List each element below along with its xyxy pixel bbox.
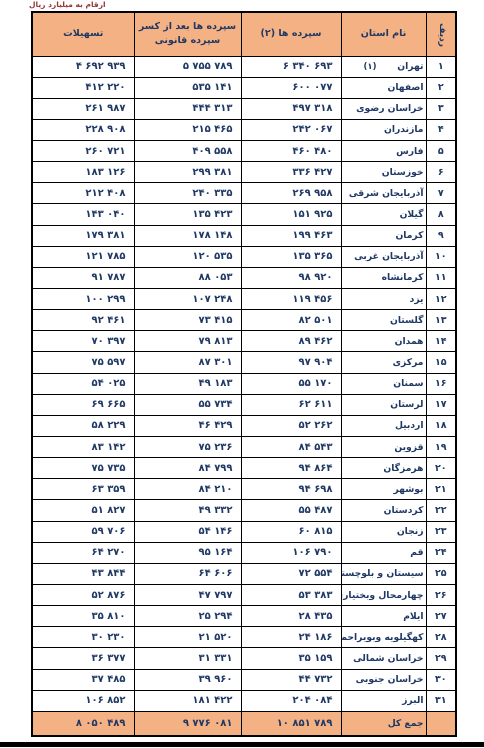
province-cell: بوشهر xyxy=(341,479,426,500)
row-number-cell: ۲۴ xyxy=(426,542,456,563)
row-number-cell: ۲۷ xyxy=(426,606,456,627)
deposits-value: ۵۳ ۳۸۳ xyxy=(241,585,341,606)
facilities-value: ۱۷۹ ۳۸۱ xyxy=(32,225,134,246)
net-deposits-value: ۸۸ ۰۵۳ xyxy=(134,267,241,288)
net-deposits-value: ۳۹ ۹۶۰ xyxy=(134,669,241,690)
province-cell: اصفهان xyxy=(341,77,426,98)
province-cell: خراسان شمالی xyxy=(341,648,426,669)
deposits-value: ۲۴ ۱۸۶ xyxy=(241,627,341,648)
province-cell: اردبیل xyxy=(341,415,426,436)
row-number-cell: ۲۹ xyxy=(426,648,456,669)
deposits-value: ۴۹۷ ۳۱۸ xyxy=(241,98,341,119)
province-name: خراسان رضوی xyxy=(356,103,423,114)
header-row-number-label: ردیف xyxy=(434,23,448,47)
deposits-value: ۲۶۹ ۹۵۸ xyxy=(241,183,341,204)
row-number-cell: ۱۳ xyxy=(426,310,456,331)
province-cell: کهگیلویه وبویراحمد xyxy=(341,627,426,648)
header-row-number: ردیف xyxy=(426,12,456,56)
net-deposits-value: ۲۴۰ ۳۳۵ xyxy=(134,183,241,204)
province-name: خوزستان xyxy=(382,167,424,178)
facilities-value: ۷۵ ۷۳۵ xyxy=(32,458,134,479)
row-number-cell: ۶ xyxy=(426,162,456,183)
province-cell: گلستان xyxy=(341,310,426,331)
facilities-value: ۴۱۲ ۲۲۰ xyxy=(32,77,134,98)
province-cell: زنجان xyxy=(341,521,426,542)
province-name: کهگیلویه وبویراحمد xyxy=(341,632,424,643)
facilities-value: ۲۲۸ ۹۰۸ xyxy=(32,119,134,140)
net-deposits-value: ۵۳۵ ۱۴۱ xyxy=(134,77,241,98)
facilities-value: ۳۷ ۴۸۵ xyxy=(32,669,134,690)
province-cell: قم xyxy=(341,542,426,563)
net-deposits-value: ۵ ۷۵۵ ۷۸۹ xyxy=(134,56,241,77)
table-row: ۱۸اردبیل۵۲ ۲۶۲۴۶ ۴۲۹۵۸ ۲۲۹ xyxy=(32,415,456,436)
row-number-cell: ۸ xyxy=(426,204,456,225)
net-deposits-value: ۷۵ ۲۳۶ xyxy=(134,437,241,458)
table-row: ۸گیلان۱۵۱ ۹۲۵۱۳۵ ۴۲۳۱۴۳ ۰۴۰ xyxy=(32,204,456,225)
deposits-value: ۲۰۴ ۰۸۴ xyxy=(241,690,341,711)
province-cell: آذربایجان شرقی xyxy=(341,183,426,204)
deposits-value: ۷۲ ۵۵۴ xyxy=(241,563,341,584)
table-row: ۲۹خراسان شمالی۳۵ ۱۵۹۳۱ ۳۳۱۳۶ ۳۷۷ xyxy=(32,648,456,669)
deposits-value: ۲۸ ۴۳۵ xyxy=(241,606,341,627)
facilities-value: ۶۴ ۲۷۰ xyxy=(32,542,134,563)
table-row: ۱۹قزوین۸۴ ۵۴۳۷۵ ۲۳۶۸۳ ۱۴۲ xyxy=(32,437,456,458)
province-cell: سیستان و بلوچستان xyxy=(341,563,426,584)
province-cell: تهران(۱) xyxy=(341,56,426,77)
facilities-value: ۱۲۱ ۷۸۵ xyxy=(32,246,134,267)
table-row: ۴مازندران۲۴۲ ۰۶۷۲۱۵ ۴۶۵۲۲۸ ۹۰۸ xyxy=(32,119,456,140)
deposits-value: ۸۹ ۴۶۲ xyxy=(241,331,341,352)
facilities-value: ۱۴۳ ۰۴۰ xyxy=(32,204,134,225)
table-row: ۲۶چهارمحال وبختیاری۵۳ ۳۸۳۴۷ ۷۹۷۵۲ ۸۷۶ xyxy=(32,585,456,606)
province-cell: خراسان جنوبی xyxy=(341,669,426,690)
net-deposits-value: ۱۸۱ ۴۲۲ xyxy=(134,690,241,711)
deposits-value: ۹۴ ۸۶۴ xyxy=(241,458,341,479)
facilities-value: ۴ ۶۹۲ ۹۳۹ xyxy=(32,56,134,77)
facilities-value: ۶۳ ۳۵۹ xyxy=(32,479,134,500)
deposits-value: ۶ ۳۴۰ ۶۹۳ xyxy=(241,56,341,77)
province-name: زنجان xyxy=(397,526,424,537)
row-number-cell: ۲۵ xyxy=(426,563,456,584)
province-name: گیلان xyxy=(400,209,424,220)
facilities-value: ۷۰ ۳۹۷ xyxy=(32,331,134,352)
table-row: ۱تهران(۱)۶ ۳۴۰ ۶۹۳۵ ۷۵۵ ۷۸۹۴ ۶۹۲ ۹۳۹ xyxy=(32,56,456,77)
header-net-deposits: سپرده ها بعد از کسر سپرده قانونی xyxy=(134,12,241,56)
deposits-value: ۸۲ ۵۰۱ xyxy=(241,310,341,331)
deposits-value: ۳۵ ۱۵۹ xyxy=(241,648,341,669)
net-deposits-value: ۲۵ ۲۹۴ xyxy=(134,606,241,627)
province-name: گلستان xyxy=(390,315,423,326)
facilities-value: ۲۱۲ ۴۰۸ xyxy=(32,183,134,204)
province-name: کردستان xyxy=(384,505,424,516)
province-name: چهارمحال وبختیاری xyxy=(341,590,424,601)
province-cell: گیلان xyxy=(341,204,426,225)
deposits-value: ۱۱۹ ۴۵۶ xyxy=(241,289,341,310)
row-number-cell: ۲۲ xyxy=(426,500,456,521)
table-row: ۲۱بوشهر۹۴ ۶۹۸۸۴ ۲۱۰۶۳ ۳۵۹ xyxy=(32,479,456,500)
row-number-cell: ۱۵ xyxy=(426,352,456,373)
net-deposits-value: ۸۷ ۳۰۱ xyxy=(134,352,241,373)
row-number-cell: ۹ xyxy=(426,225,456,246)
row-number-cell: ۲۰ xyxy=(426,458,456,479)
province-name: قم xyxy=(410,547,423,558)
row-number-cell: ۳۰ xyxy=(426,669,456,690)
province-name: یزد xyxy=(410,294,424,305)
net-deposits-value: ۴۷ ۷۹۷ xyxy=(134,585,241,606)
province-name: اصفهان xyxy=(388,82,424,93)
province-name: تهران xyxy=(397,61,423,72)
table-row: ۱۰آذربایجان غربی۱۳۵ ۳۶۵۱۲۰ ۵۳۵۱۲۱ ۷۸۵ xyxy=(32,246,456,267)
total-row-number-cell xyxy=(426,711,456,736)
province-name: لرستان xyxy=(390,399,423,410)
row-number-cell: ۴ xyxy=(426,119,456,140)
net-deposits-value: ۶۴ ۶۰۶ xyxy=(134,563,241,584)
net-deposits-value: ۵۵ ۷۳۴ xyxy=(134,394,241,415)
province-name: سیستان و بلوچستان xyxy=(341,568,424,579)
province-cell: چهارمحال وبختیاری xyxy=(341,585,426,606)
facilities-value: ۳۶ ۳۷۷ xyxy=(32,648,134,669)
deposits-value: ۹۴ ۶۹۸ xyxy=(241,479,341,500)
facilities-value: ۴۳ ۸۴۴ xyxy=(32,563,134,584)
table-row: ۲۰هرمزگان۹۴ ۸۶۴۸۴ ۷۹۹۷۵ ۷۳۵ xyxy=(32,458,456,479)
total-label-cell: جمع کل xyxy=(341,711,426,736)
table-row: ۷آذربایجان شرقی۲۶۹ ۹۵۸۲۴۰ ۳۳۵۲۱۲ ۴۰۸ xyxy=(32,183,456,204)
province-name: همدان xyxy=(395,336,424,347)
deposits-value: ۸۴ ۵۴۳ xyxy=(241,437,341,458)
facilities-value: ۶۹ ۶۶۵ xyxy=(32,394,134,415)
total-label: جمع کل xyxy=(388,718,424,729)
net-deposits-value: ۱۰۷ ۲۴۸ xyxy=(134,289,241,310)
province-cell: قزوین xyxy=(341,437,426,458)
province-name: کرمان xyxy=(395,230,423,241)
table-row: ۱۳گلستان۸۲ ۵۰۱۷۳ ۴۱۵۹۲ ۴۶۱ xyxy=(32,310,456,331)
row-number-cell: ۲۶ xyxy=(426,585,456,606)
net-deposits-value: ۱۲۰ ۵۳۵ xyxy=(134,246,241,267)
table-row: ۳۱البرز۲۰۴ ۰۸۴۱۸۱ ۴۲۲۱۰۶ ۸۵۲ xyxy=(32,690,456,711)
table-row: ۲۴قم۱۰۶ ۷۹۰۹۵ ۱۶۴۶۴ ۲۷۰ xyxy=(32,542,456,563)
province-deposits-table: ردیف نام استان سپرده ها (۲) سپرده ها بعد… xyxy=(31,11,457,737)
province-name: بوشهر xyxy=(393,484,423,495)
facilities-value: ۵۴ ۰۲۵ xyxy=(32,373,134,394)
row-number-cell: ۲۱ xyxy=(426,479,456,500)
deposits-value: ۱۵۱ ۹۲۵ xyxy=(241,204,341,225)
facilities-value: ۱۸۳ ۱۲۶ xyxy=(32,162,134,183)
net-deposits-value: ۴۹ ۱۸۳ xyxy=(134,373,241,394)
header-facilities: تسهیلات xyxy=(32,12,134,56)
table-row: ۱۱کرمانشاه۹۸ ۹۲۰۸۸ ۰۵۳۹۱ ۷۸۷ xyxy=(32,267,456,288)
facilities-value: ۹۱ ۷۸۷ xyxy=(32,267,134,288)
facilities-value: ۵۱ ۸۲۷ xyxy=(32,500,134,521)
net-deposits-value: ۲۹۹ ۳۸۱ xyxy=(134,162,241,183)
bottom-black-bar xyxy=(0,742,484,747)
net-deposits-value: ۴۴۴ ۳۱۳ xyxy=(134,98,241,119)
table-row: ۶خوزستان۳۳۶ ۴۲۷۲۹۹ ۳۸۱۱۸۳ ۱۲۶ xyxy=(32,162,456,183)
row-number-cell: ۱۹ xyxy=(426,437,456,458)
province-cell: آذربایجان غربی xyxy=(341,246,426,267)
net-deposits-value: ۳۱ ۳۳۱ xyxy=(134,648,241,669)
deposits-value: ۴۴ ۷۳۲ xyxy=(241,669,341,690)
facilities-value: ۵۹ ۷۰۶ xyxy=(32,521,134,542)
row-number-cell: ۱۴ xyxy=(426,331,456,352)
net-deposits-value: ۴۰۹ ۵۵۸ xyxy=(134,141,241,162)
page: ارقام به میلیارد ریال ردیف نام استان سپر… xyxy=(0,0,484,748)
row-number-cell: ۱ xyxy=(426,56,456,77)
facilities-value: ۳۵ ۸۱۰ xyxy=(32,606,134,627)
table-row: ۹کرمان۱۹۹ ۴۶۳۱۷۸ ۱۴۸۱۷۹ ۳۸۱ xyxy=(32,225,456,246)
total-deposits-value: ۱۰ ۸۵۱ ۷۸۹ xyxy=(241,711,341,736)
row-number-cell: ۵ xyxy=(426,141,456,162)
row-number-cell: ۱۱ xyxy=(426,267,456,288)
deposits-value: ۶۰۰ ۰۷۷ xyxy=(241,77,341,98)
facilities-value: ۷۵ ۵۹۷ xyxy=(32,352,134,373)
facilities-value: ۵۲ ۸۷۶ xyxy=(32,585,134,606)
province-cell: خراسان رضوی xyxy=(341,98,426,119)
province-cell: خوزستان xyxy=(341,162,426,183)
row-number-cell: ۳ xyxy=(426,98,456,119)
province-name: سمنان xyxy=(393,378,423,389)
province-name: آذربایجان غربی xyxy=(354,251,423,262)
deposits-value: ۹۸ ۹۲۰ xyxy=(241,267,341,288)
facilities-value: ۹۲ ۴۶۱ xyxy=(32,310,134,331)
deposits-value: ۱۳۵ ۳۶۵ xyxy=(241,246,341,267)
table-row: ۳۰خراسان جنوبی۴۴ ۷۳۲۳۹ ۹۶۰۳۷ ۴۸۵ xyxy=(32,669,456,690)
deposits-value: ۶۰ ۸۱۵ xyxy=(241,521,341,542)
facilities-value: ۱۰۶ ۸۵۲ xyxy=(32,690,134,711)
province-name: ایلام xyxy=(403,611,423,622)
province-cell: کردستان xyxy=(341,500,426,521)
net-deposits-value: ۷۹ ۸۱۳ xyxy=(134,331,241,352)
row-number-cell: ۲ xyxy=(426,77,456,98)
province-name: قزوین xyxy=(394,442,423,453)
table-row: ۱۵مرکزی۹۷ ۹۰۴۸۷ ۳۰۱۷۵ ۵۹۷ xyxy=(32,352,456,373)
province-name: فارس xyxy=(396,146,423,157)
table-row: ۲۳زنجان۶۰ ۸۱۵۵۴ ۱۴۶۵۹ ۷۰۶ xyxy=(32,521,456,542)
total-net-deposits-value: ۹ ۷۷۶ ۰۸۱ xyxy=(134,711,241,736)
net-deposits-value: ۷۳ ۴۱۵ xyxy=(134,310,241,331)
deposits-value: ۹۷ ۹۰۴ xyxy=(241,352,341,373)
row-number-cell: ۲۸ xyxy=(426,627,456,648)
province-name: هرمزگان xyxy=(383,463,423,474)
net-deposits-value: ۴۶ ۴۲۹ xyxy=(134,415,241,436)
total-facilities-value: ۸ ۰۵۰ ۴۸۹ xyxy=(32,711,134,736)
province-cell: لرستان xyxy=(341,394,426,415)
net-deposits-value: ۲۱۵ ۴۶۵ xyxy=(134,119,241,140)
deposits-value: ۵۵ ۱۷۰ xyxy=(241,373,341,394)
table-row: ۲۸کهگیلویه وبویراحمد۲۴ ۱۸۶۲۱ ۵۲۰۳۰ ۲۳۰ xyxy=(32,627,456,648)
table-row: ۲اصفهان۶۰۰ ۰۷۷۵۳۵ ۱۴۱۴۱۲ ۲۲۰ xyxy=(32,77,456,98)
row-number-cell: ۱۰ xyxy=(426,246,456,267)
province-name: کرمانشاه xyxy=(382,272,424,283)
deposits-value: ۵۵ ۴۸۷ xyxy=(241,500,341,521)
province-cell: مازندران xyxy=(341,119,426,140)
province-cell: البرز xyxy=(341,690,426,711)
header-deposits: سپرده ها (۲) xyxy=(241,12,341,56)
province-cell: مرکزی xyxy=(341,352,426,373)
table-row: ۲۲کردستان۵۵ ۴۸۷۴۹ ۳۳۲۵۱ ۸۲۷ xyxy=(32,500,456,521)
province-cell: یزد xyxy=(341,289,426,310)
table-row: ۵فارس۴۶۰ ۴۸۰۴۰۹ ۵۵۸۲۶۰ ۷۲۱ xyxy=(32,141,456,162)
net-deposits-value: ۱۳۵ ۴۲۳ xyxy=(134,204,241,225)
row-number-cell: ۱۷ xyxy=(426,394,456,415)
facilities-value: ۳۰ ۲۳۰ xyxy=(32,627,134,648)
province-name: مازندران xyxy=(384,124,423,135)
units-note: ارقام به میلیارد ریال xyxy=(29,0,106,9)
row-number-cell: ۱۸ xyxy=(426,415,456,436)
row-number-cell: ۷ xyxy=(426,183,456,204)
table-body: ۱تهران(۱)۶ ۳۴۰ ۶۹۳۵ ۷۵۵ ۷۸۹۴ ۶۹۲ ۹۳۹۲اصف… xyxy=(32,56,456,711)
province-cell: کرمانشاه xyxy=(341,267,426,288)
deposits-value: ۲۴۲ ۰۶۷ xyxy=(241,119,341,140)
total-row: جمع کل ۱۰ ۸۵۱ ۷۸۹ ۹ ۷۷۶ ۰۸۱ ۸ ۰۵۰ ۴۸۹ xyxy=(32,711,456,736)
row-number-cell: ۱۲ xyxy=(426,289,456,310)
footnote-marker: (۱) xyxy=(364,62,377,72)
table-row: ۱۲یزد۱۱۹ ۴۵۶۱۰۷ ۲۴۸۱۰۰ ۲۹۹ xyxy=(32,289,456,310)
province-cell: فارس xyxy=(341,141,426,162)
net-deposits-value: ۸۴ ۲۱۰ xyxy=(134,479,241,500)
net-deposits-value: ۴۹ ۳۳۲ xyxy=(134,500,241,521)
deposits-value: ۴۶۰ ۴۸۰ xyxy=(241,141,341,162)
header-province-name: نام استان xyxy=(341,12,426,56)
net-deposits-value: ۱۷۸ ۱۴۸ xyxy=(134,225,241,246)
province-cell: کرمان xyxy=(341,225,426,246)
table-row: ۳خراسان رضوی۴۹۷ ۳۱۸۴۴۴ ۳۱۳۲۶۱ ۹۸۷ xyxy=(32,98,456,119)
province-cell: ایلام xyxy=(341,606,426,627)
province-name: البرز xyxy=(402,695,423,706)
row-number-cell: ۳۱ xyxy=(426,690,456,711)
province-name: اردبیل xyxy=(395,420,424,431)
province-name: خراسان جنوبی xyxy=(356,674,424,685)
facilities-value: ۸۳ ۱۴۲ xyxy=(32,437,134,458)
table-header-row: ردیف نام استان سپرده ها (۲) سپرده ها بعد… xyxy=(32,12,456,56)
province-name: آذربایجان شرقی xyxy=(349,188,424,199)
table-row: ۱۴همدان۸۹ ۴۶۲۷۹ ۸۱۳۷۰ ۳۹۷ xyxy=(32,331,456,352)
net-deposits-value: ۵۴ ۱۴۶ xyxy=(134,521,241,542)
net-deposits-value: ۹۵ ۱۶۴ xyxy=(134,542,241,563)
deposits-value: ۳۳۶ ۴۲۷ xyxy=(241,162,341,183)
facilities-value: ۵۸ ۲۲۹ xyxy=(32,415,134,436)
table-row: ۱۶سمنان۵۵ ۱۷۰۴۹ ۱۸۳۵۴ ۰۲۵ xyxy=(32,373,456,394)
facilities-value: ۱۰۰ ۲۹۹ xyxy=(32,289,134,310)
facilities-value: ۲۶۱ ۹۸۷ xyxy=(32,98,134,119)
deposits-value: ۱۰۶ ۷۹۰ xyxy=(241,542,341,563)
row-number-cell: ۲۳ xyxy=(426,521,456,542)
table-row: ۲۷ایلام۲۸ ۴۳۵۲۵ ۲۹۴۳۵ ۸۱۰ xyxy=(32,606,456,627)
province-cell: سمنان xyxy=(341,373,426,394)
table-row: ۲۵سیستان و بلوچستان۷۲ ۵۵۴۶۴ ۶۰۶۴۳ ۸۴۴ xyxy=(32,563,456,584)
province-cell: هرمزگان xyxy=(341,458,426,479)
net-deposits-value: ۲۱ ۵۲۰ xyxy=(134,627,241,648)
row-number-cell: ۱۶ xyxy=(426,373,456,394)
deposits-value: ۶۲ ۶۱۱ xyxy=(241,394,341,415)
province-name: خراسان شمالی xyxy=(353,653,423,664)
deposits-value: ۱۹۹ ۴۶۳ xyxy=(241,225,341,246)
deposits-value: ۵۲ ۲۶۲ xyxy=(241,415,341,436)
province-name: مرکزی xyxy=(393,357,424,368)
table-row: ۱۷لرستان۶۲ ۶۱۱۵۵ ۷۳۴۶۹ ۶۶۵ xyxy=(32,394,456,415)
net-deposits-value: ۸۴ ۷۹۹ xyxy=(134,458,241,479)
province-cell: همدان xyxy=(341,331,426,352)
facilities-value: ۲۶۰ ۷۲۱ xyxy=(32,141,134,162)
